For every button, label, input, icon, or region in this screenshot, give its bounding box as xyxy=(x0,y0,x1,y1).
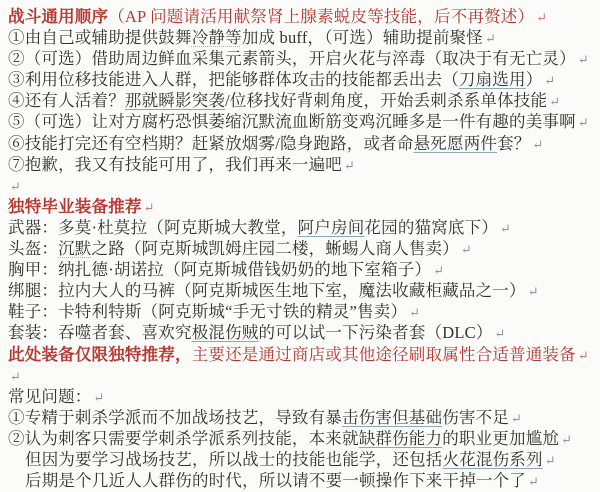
text-segment: 绑腿：拉内大人的马裤（阿克斯城医生地下室，魔法收藏柜藏品之一） xyxy=(8,281,526,300)
underlined-text: 阿户房间 xyxy=(298,218,365,237)
text-segment: 鞋子：卡特利特斯（阿克斯城“手无寸铁的精灵”售卖） xyxy=(8,302,407,321)
text-segment: ②（可选）借助周边鲜血采集元素箭头，开启火花与淬毒（取决于有无亡灵） xyxy=(8,49,576,68)
paragraph-mark-icon: ↵ xyxy=(500,221,511,236)
text-segment: 独特毕业装备推荐 xyxy=(8,197,142,216)
text-segment: ③利用位移技能进入人群，把能够群体攻击的技能都丢出去（ xyxy=(8,70,459,89)
text-line: 胸甲：纳扎德·胡诺拉（阿克斯城借钱奶奶的地下室箱子）↵ xyxy=(8,259,596,280)
paragraph-mark-icon: ↵ xyxy=(578,348,589,363)
underlined-text: 极混伤贼 xyxy=(192,323,259,342)
text-line: 头盔：沉默之路（阿克斯城凯姆庄园二楼，蜥蜴人商人售卖）↵ xyxy=(8,238,596,259)
paragraph-mark-icon: ↵ xyxy=(495,326,506,341)
paragraph-mark-icon: ↵ xyxy=(536,10,547,25)
text-segment: ①由自己或辅助提供鼓舞 xyxy=(8,28,192,47)
underlined-text: 冷静等 xyxy=(192,28,242,47)
text-segment: 的职业更加尴尬 xyxy=(442,429,559,448)
paragraph-mark-icon: ↵ xyxy=(433,263,444,278)
text-segment: ） xyxy=(526,70,543,89)
text-line: 此处装备仅限独特推荐，主要还是通过商店或其他途径刷取属性合适普通装备↵ xyxy=(8,344,596,365)
text-line: 套装：吞噬者套、喜欢究极混伤贼的可以试一下污染者套（DLC）↵ xyxy=(8,322,596,343)
underlined-text: 击伤害但基础 xyxy=(342,408,442,427)
paragraph-mark-icon: ↵ xyxy=(485,31,496,46)
paragraph-mark-icon: ↵ xyxy=(528,474,539,489)
text-segment: ④还有人活着？ xyxy=(8,91,125,110)
paragraph-mark-icon: ↵ xyxy=(461,242,472,257)
text-segment: 加成 buff，（可选）辅助提前聚怪 xyxy=(242,28,483,47)
text-line: ⑤（可选）让对方腐朽恐惧萎缩沉默流血断筋变鸡沉睡多是一件有趣的美事啊↵ xyxy=(8,111,596,132)
underlined-text: 缺群伤能力 xyxy=(359,429,443,448)
paragraph-mark-icon: ↵ xyxy=(94,390,105,405)
text-segment: 但因为要学习战场技艺，所以战士的技能也能学，还包括 xyxy=(25,450,443,469)
text-line: 战斗通用顺序（AP 问题请活用献祭肾上腺素蜕皮等技能，后不再赘述）↵ xyxy=(8,6,596,27)
text-segment: ①专精于刺杀学派而不加战场技艺，导致有暴 xyxy=(8,408,342,427)
paragraph-mark-icon: ↵ xyxy=(144,200,155,215)
text-line: ④还有人活着？那就瞬影突袭/位移找好背刺角度，开始丢刺杀系单体技能↵ xyxy=(8,90,596,111)
text-line: ①由自己或辅助提供鼓舞冷静等加成 buff，（可选）辅助提前聚怪↵ xyxy=(8,27,596,48)
underlined-text: 火花混伤系列 xyxy=(443,450,543,469)
text-line: 但因为要学习战场技艺，所以战士的技能也能学，还包括火花混伤系列↵ xyxy=(8,449,596,470)
underlined-text: 刀扇选用 xyxy=(459,70,526,89)
text-segment: 常见问题： xyxy=(8,387,92,406)
empty-line: ↵ xyxy=(8,365,596,386)
text-segment: ⑦抱歉，我又有技能可用了，我们再来一遍吧 xyxy=(8,155,342,174)
paragraph-mark-icon: ↵ xyxy=(545,453,556,468)
text-line: ⑦抱歉，我又有技能可用了，我们再来一遍吧↵ xyxy=(8,154,596,175)
text-line: 后期是个几近人人群伤的时代，所以请不要一顿操作下来干掉一个了↵ xyxy=(8,470,596,491)
text-segment: 伤害不足 xyxy=(442,408,509,427)
text-segment: /位移找好背刺角度，开始丢刺杀系单体技能 xyxy=(225,91,547,110)
text-segment: 套装：吞噬者套、喜欢究 xyxy=(8,323,192,342)
text-segment: ⑥技能打完还有空档期？赶紧放烟雾/隐身跑路，或者命 xyxy=(8,134,414,153)
text-line: ②认为刺客只需要学刺杀学派系列技能，本来就缺群伤能力的职业更加尴尬↵ xyxy=(8,428,596,449)
text-segment: 的可以试一下污染者套（DLC） xyxy=(259,323,493,342)
text-line: ①专精于刺杀学派而不加战场技艺，导致有暴击伤害但基础伤害不足↵ xyxy=(8,407,596,428)
paragraph-mark-icon: ↵ xyxy=(10,179,21,194)
text-line: 武器：多莫·杜莫拉（阿克斯城大教堂，阿户房间花园的猫窝底下）↵ xyxy=(8,217,596,238)
text-segment: 战斗通用顺序 xyxy=(8,7,108,26)
text-line: ③利用位移技能进入人群，把能够群体攻击的技能都丢出去（刀扇选用）↵ xyxy=(8,69,596,90)
underlined-text: 悬死愿两件 xyxy=(414,134,498,153)
text-segment: 花园的猫窝底下） xyxy=(364,218,498,237)
paragraph-mark-icon: ↵ xyxy=(409,305,420,320)
text-line: 绑腿：拉内大人的马裤（阿克斯城医生地下室，魔法收藏柜藏品之一）↵ xyxy=(8,280,596,301)
paragraph-mark-icon: ↵ xyxy=(549,94,560,109)
text-segment: ②认为刺客只需要学刺杀学派系列技能，本来就 xyxy=(8,429,359,448)
text-line: ②（可选）借助周边鲜血采集元素箭头，开启火花与淬毒（取决于有无亡灵）↵ xyxy=(8,48,596,69)
paragraph-mark-icon: ↵ xyxy=(544,73,555,88)
text-segment: 武器：多莫·杜莫拉（阿克斯城大教堂， xyxy=(8,218,298,237)
text-segment: 后期是个几近人人群伤的时代，所以请不要一顿操作下来干掉一个了 xyxy=(25,471,526,490)
text-segment: 套？ xyxy=(497,134,530,153)
text-segment: 主要还是通过商店或其他途径刷取属性合适普通装备 xyxy=(192,345,576,364)
text-line: 鞋子：卡特利特斯（阿克斯城“手无寸铁的精灵”售卖）↵ xyxy=(8,301,596,322)
paragraph-mark-icon: ↵ xyxy=(528,284,539,299)
paragraph-mark-icon: ↵ xyxy=(578,52,589,67)
text-line: ⑥技能打完还有空档期？赶紧放烟雾/隐身跑路，或者命悬死愿两件套？↵ xyxy=(8,133,596,154)
text-segment: 头盔： xyxy=(8,239,58,258)
paragraph-mark-icon: ↵ xyxy=(344,158,355,173)
underlined-text: 沉默 xyxy=(58,239,91,258)
paragraph-mark-icon: ↵ xyxy=(511,411,522,426)
paragraph-mark-icon: ↵ xyxy=(561,432,572,447)
text-line: 独特毕业装备推荐↵ xyxy=(8,196,596,217)
paragraph-mark-icon: ↵ xyxy=(10,369,21,384)
text-line: 常见问题：↵ xyxy=(8,386,596,407)
text-segment: 此处装备仅限独特推荐， xyxy=(8,345,192,364)
text-segment: ⑤（可选）让对方腐朽恐惧萎缩沉默流血断筋变鸡沉睡多是一件有趣的美事啊 xyxy=(8,112,576,131)
underlined-text: 那就瞬影突袭 xyxy=(125,91,225,110)
paragraph-mark-icon: ↵ xyxy=(578,115,589,130)
empty-line: ↵ xyxy=(8,175,596,196)
text-segment: （AP 问题请活用献祭肾上腺素蜕皮等技能，后不再赘述） xyxy=(108,7,534,26)
document-page: 战斗通用顺序（AP 问题请活用献祭肾上腺素蜕皮等技能，后不再赘述）↵①由自己或辅… xyxy=(0,0,600,491)
text-segment: 胸甲：纳扎德·胡诺拉（阿克斯城借钱奶奶的地下室箱子） xyxy=(8,260,431,279)
text-segment: 之路（阿克斯城凯姆庄园二楼，蜥蜴人商人售卖） xyxy=(92,239,459,258)
paragraph-mark-icon: ↵ xyxy=(533,137,544,152)
